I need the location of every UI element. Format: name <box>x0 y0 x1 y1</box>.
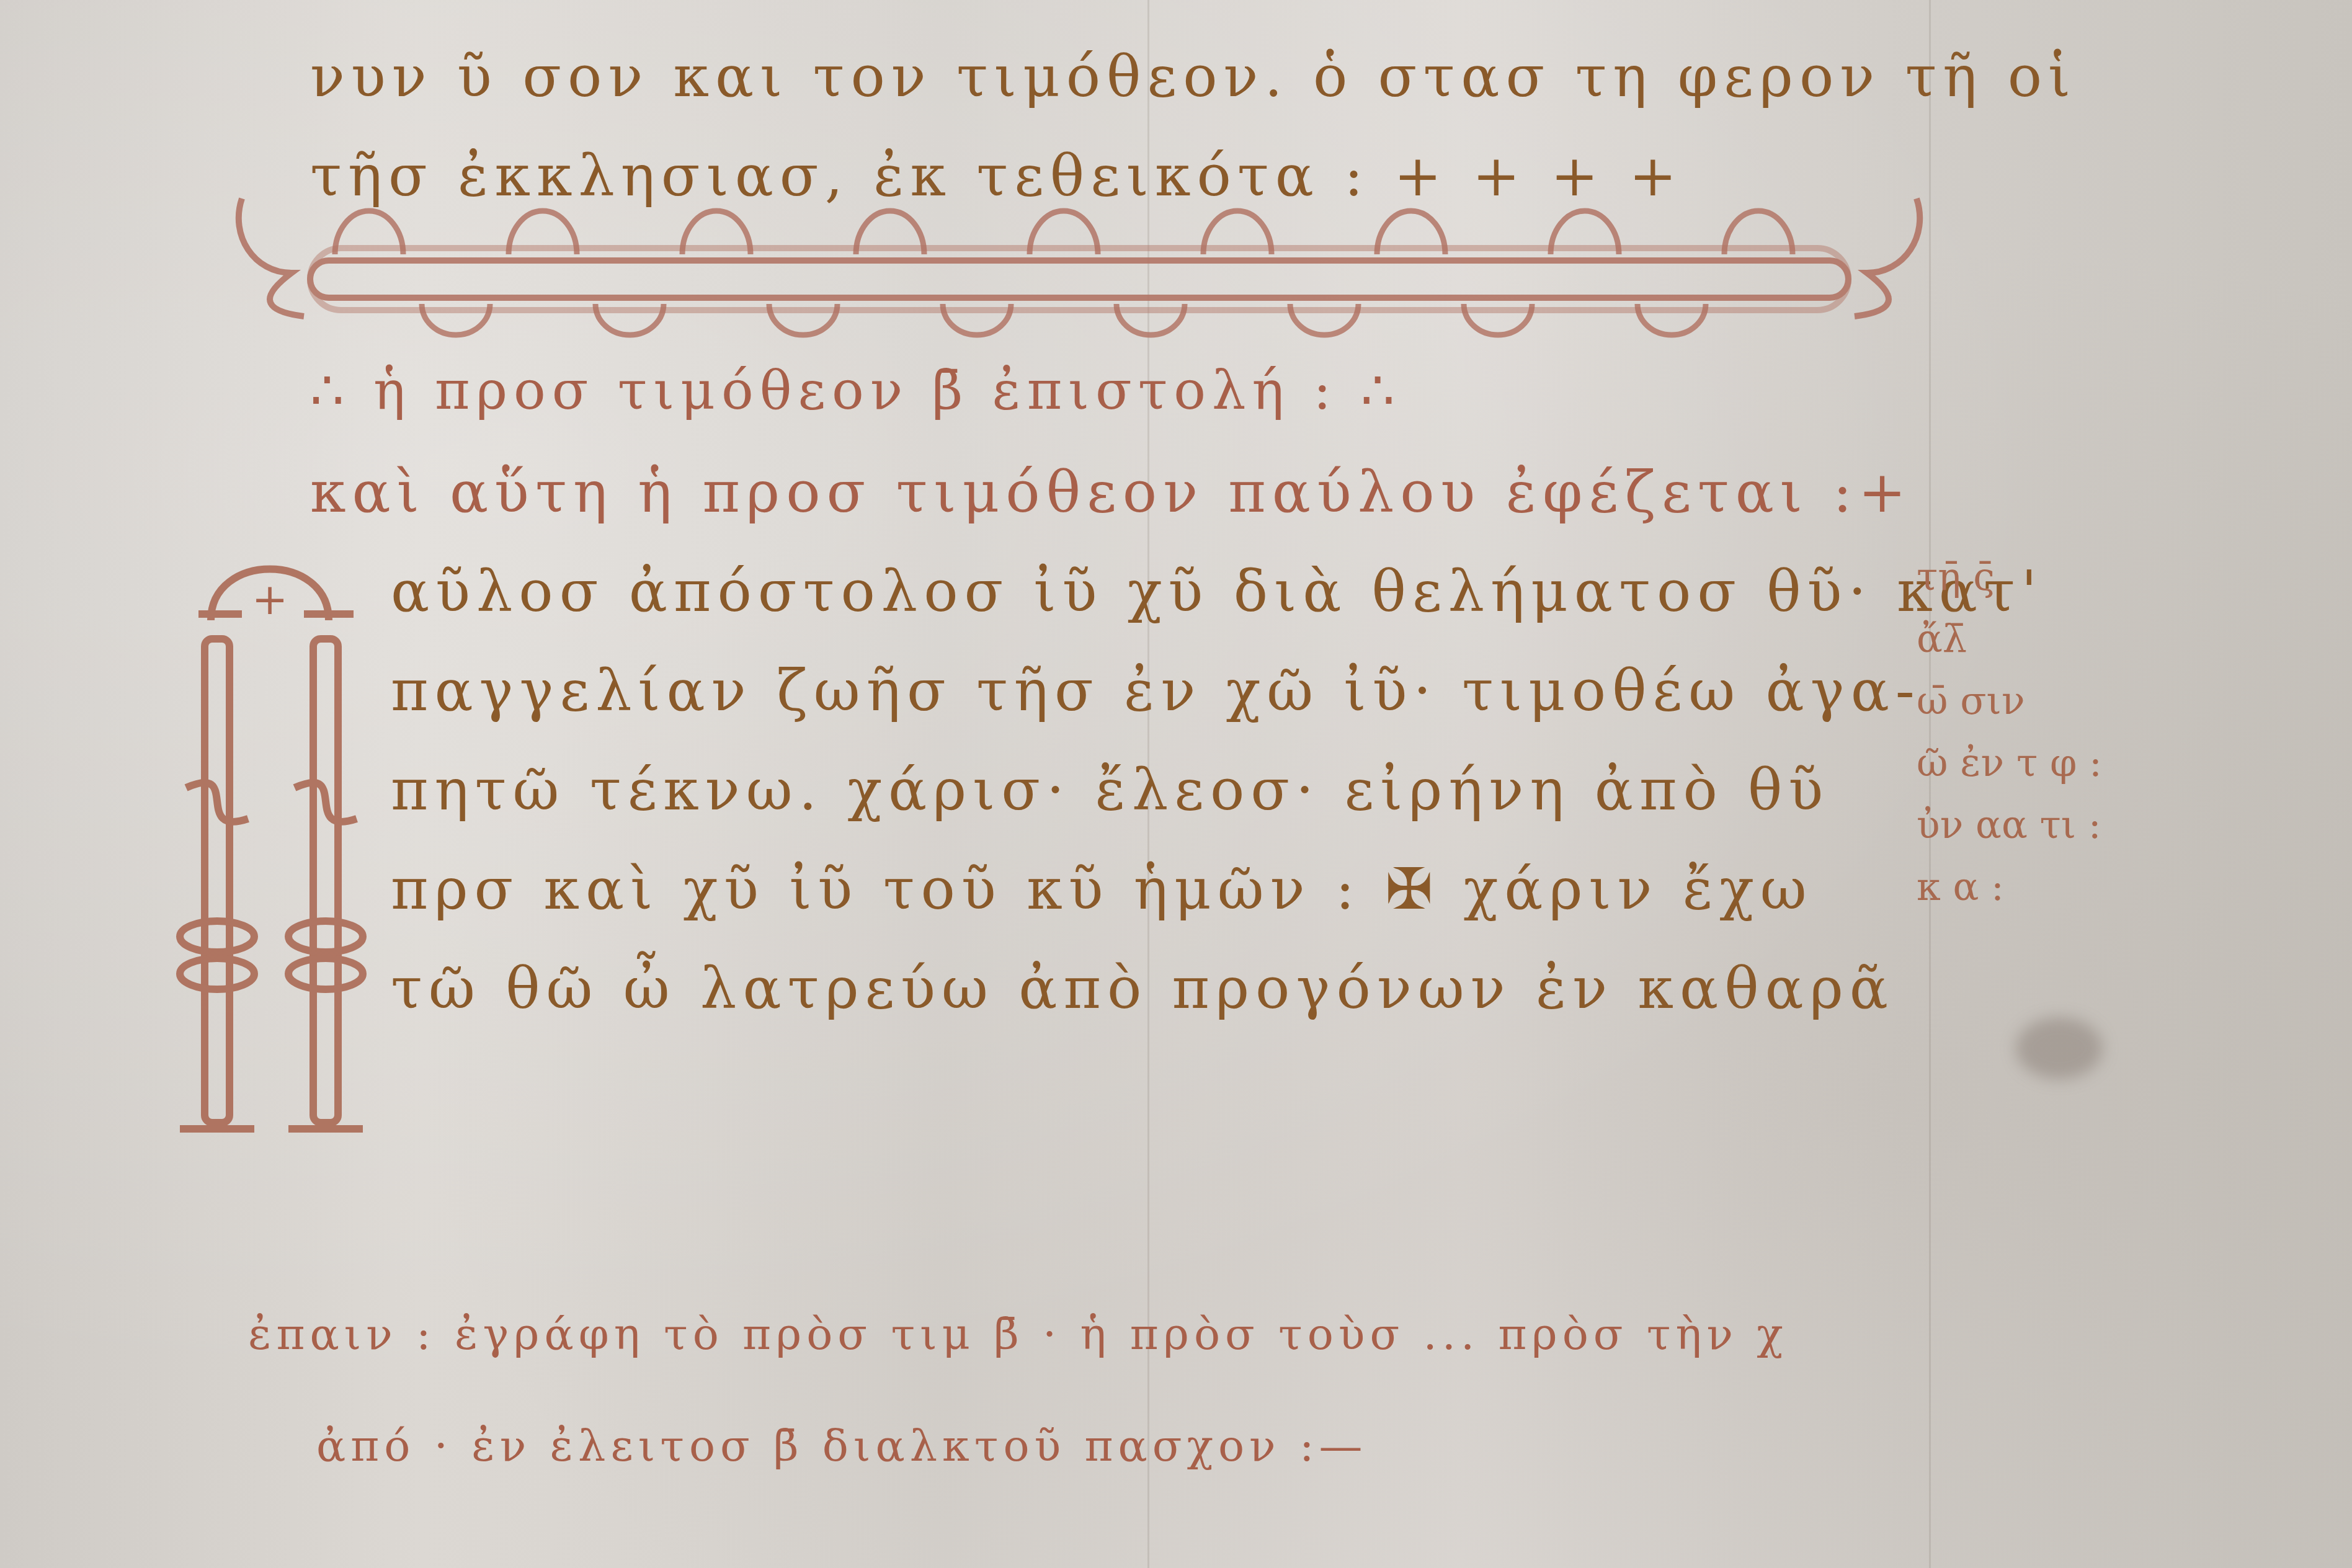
book-heading: ∴ ἡ προσ τιμόθεον β̄ ἐπιστολή : ∴ <box>310 360 1401 422</box>
svg-text:+: + <box>252 574 288 625</box>
preface-line: καὶ αὕτη ἡ προσ τιμόθεον παύλου ἐφέζεται… <box>310 459 1912 525</box>
margin-note: κ α : <box>1917 856 2264 918</box>
marginal-notes: τη̄ ς̄ ἄλ̄ ω̄ σιν ῶ ἐν τ φ : ὐν αα τι : … <box>1917 546 2264 918</box>
ink-stain <box>2016 1017 2103 1079</box>
subscription-line: ἀπό · ἐν ἐλειτοσ β̄ διαλκτοῦ πασχον :— <box>316 1420 1367 1471</box>
margin-note: ῶ ἐν τ φ : <box>1917 732 2264 794</box>
margin-note: ω̄ σιν <box>1917 670 2264 732</box>
margin-note: τη̄ ς̄ <box>1917 546 2264 608</box>
subscription-line: ἐπαιν : ἐγράφη τὸ πρὸσ τιμ β̄ · ἡ πρὸσ τ… <box>248 1309 1788 1360</box>
text-line: νυν ῦ σον και τον τιμόθεον. ὁ στασ τη φε… <box>310 43 2077 110</box>
text-line: αῦλοσ ἀπόστολοσ ἰῦ χῦ διὰ θελήματοσ θῦ· … <box>391 558 2043 625</box>
decorative-chain-band <box>229 186 1929 341</box>
text-line: πητῶ τέκνω. χάρισ· ἔλεοσ· εἰρήνη ἀπὸ θῦ <box>391 757 1829 823</box>
text-line: πρσ καὶ χῦ ἰῦ τοῦ κῦ ἡμῶν : ✠ χάριν ἔχω <box>391 856 1813 922</box>
decorated-initial-pi: + <box>167 540 372 1154</box>
text-line: παγγελίαν ζωῆσ τῆσ ἐν χῶ ἰῦ· τιμοθέω ἀγα… <box>391 657 1921 724</box>
margin-note: ἄλ̄ <box>1917 608 2264 670</box>
margin-note: ὐν αα τι : <box>1917 794 2264 856</box>
manuscript-page: νυν ῦ σον και τον τιμόθεον. ὁ στασ τη φε… <box>0 0 2352 1568</box>
text-line: τῶ θῶ ὦ λατρεύω ἀπὸ προγόνων ἐν καθαρᾶ <box>391 955 1894 1022</box>
